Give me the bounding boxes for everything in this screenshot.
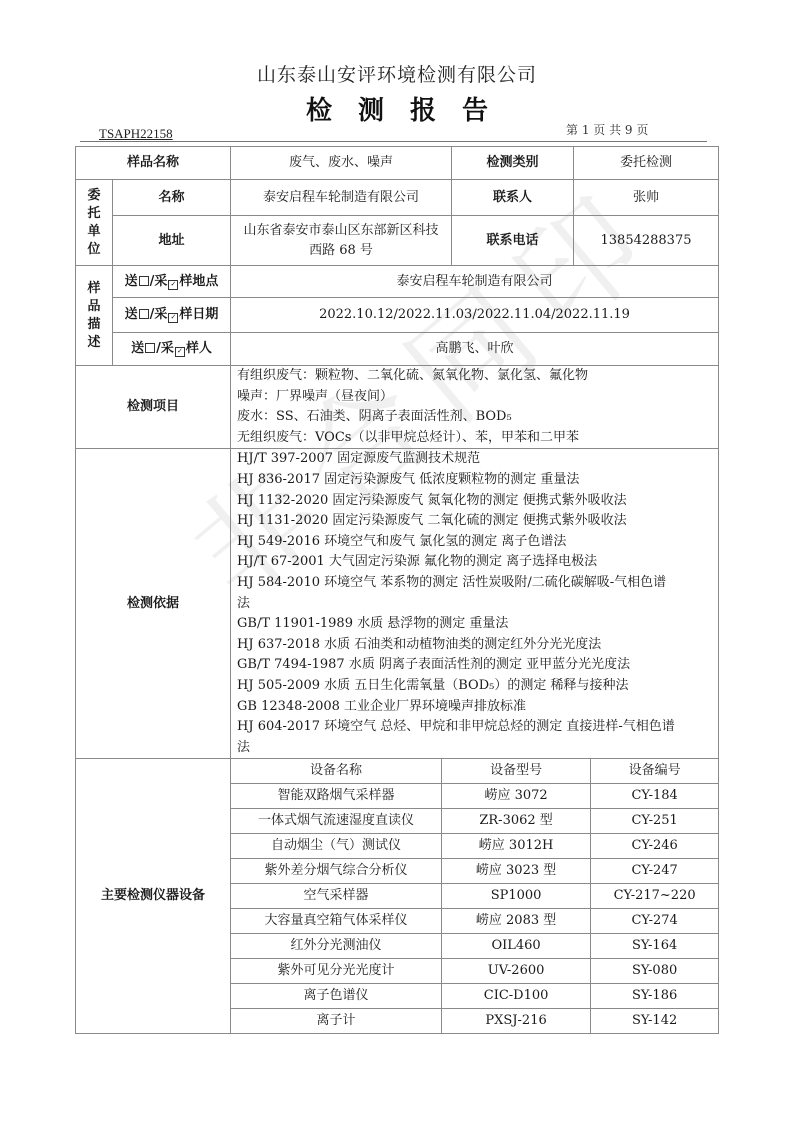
header-rule <box>80 141 707 142</box>
equipment-label: 主要检测仪器设备 <box>76 759 231 1034</box>
standard-line: HJ 637-2018 水质 石油类和动植物油类的测定红外分光光度法 <box>237 635 718 656</box>
sampling-location-value: 泰安启程车轮制造有限公司 <box>231 266 719 298</box>
test-type-label: 检测类别 <box>452 147 574 180</box>
collect-checkbox-checked: ✓ <box>168 280 178 290</box>
row-test-basis: 检测依据 HJ/T 397-2007 固定源废气监测技术规范 HJ 836-20… <box>76 449 719 759</box>
equipment-header-row: 设备名称 设备型号 设备编号 <box>231 759 718 784</box>
standard-line: HJ 836-2017 固定污染源废气 低浓度颗粒物的测定 重量法 <box>237 470 718 491</box>
test-items-label: 检测项目 <box>76 366 231 449</box>
send-checkbox <box>139 309 149 319</box>
report-title: 检测报告 <box>0 90 794 127</box>
row-sampling-location: 样 品 描 述 送/采✓样地点 泰安启程车轮制造有限公司 <box>76 266 719 298</box>
page-info: 第 1 页 共 9 页 <box>566 121 648 138</box>
company-name: 山东泰山安评环境检测有限公司 <box>0 60 794 87</box>
collect-checkbox-checked: ✓ <box>168 313 178 323</box>
equipment-row: 红外分光测油仪OIL460SY-164 <box>231 934 718 959</box>
standard-line: HJ 1131-2020 固定污染源废气 二氧化硫的测定 便携式紫外吸收法 <box>237 511 718 532</box>
equipment-header: 设备名称 <box>231 759 441 784</box>
standard-line: GB/T 7494-1987 水质 阴离子表面活性剂的测定 亚甲蓝分光光度法 <box>237 655 718 676</box>
contact-label: 联系人 <box>452 180 574 216</box>
row-sample-name: 样品名称 废气、废水、噪声 检测类别 委托检测 <box>76 147 719 180</box>
sample-group-label: 样 品 描 述 <box>76 266 113 366</box>
standard-line: HJ/T 67-2001 大气固定污染源 氟化物的测定 离子选择电极法 <box>237 552 718 573</box>
equipment-row: 紫外差分烟气综合分析仪崂应 3023 型CY-247 <box>231 859 718 884</box>
row-client-address: 地址 山东省泰安市泰山区东部新区科技西路 68 号 联系电话 138542883… <box>76 216 719 266</box>
phone-label: 联系电话 <box>452 216 574 266</box>
collect-checkbox-checked: ✓ <box>175 347 185 357</box>
test-item: 无组织废气：VOCs（以非甲烷总烃计）、苯，甲苯和二甲苯 <box>237 428 718 449</box>
equipment-header: 设备编号 <box>591 759 718 784</box>
standard-line: GB/T 11901-1989 水质 悬浮物的测定 重量法 <box>237 614 718 635</box>
equipment-row: 自动烟尘（气）测试仪崂应 3012HCY-246 <box>231 834 718 859</box>
send-checkbox <box>139 276 149 286</box>
equipment-row: 一体式烟气流速湿度直读仪ZR-3062 型CY-251 <box>231 809 718 834</box>
standard-line: HJ/T 397-2007 固定源废气监测技术规范 <box>237 449 718 470</box>
test-item: 有组织废气：颗粒物、二氧化硫、氮氧化物、氯化氢、氟化物 <box>237 366 718 387</box>
row-sampler: 送/采✓样人 高鹏飞、叶欣 <box>76 333 719 366</box>
row-equipment: 主要检测仪器设备 设备名称 设备型号 设备编号 智能双路烟气采样器崂应 3072… <box>76 759 719 1034</box>
standard-line: HJ 604-2017 环境空气 总烃、甲烷和非甲烷总烃的测定 直接进样-气相色… <box>237 717 718 738</box>
standard-line: 法 <box>237 594 718 615</box>
report-number: TSAPH22158 <box>99 126 173 142</box>
row-sampling-date: 送/采✓样日期 2022.10.12/2022.11.03/2022.11.04… <box>76 298 719 333</box>
client-group-label: 委 托 单 位 <box>76 180 113 266</box>
sample-name-label: 样品名称 <box>76 147 231 180</box>
test-basis-label: 检测依据 <box>76 449 231 759</box>
standard-line: HJ 505-2009 水质 五日生化需氧量（BOD₅）的测定 稀释与接种法 <box>237 676 718 697</box>
equipment-table: 设备名称 设备型号 设备编号 智能双路烟气采样器崂应 3072CY-184 一体… <box>231 759 718 1033</box>
standard-line: HJ 1132-2020 固定污染源废气 氮氧化物的测定 便携式紫外吸收法 <box>237 491 718 512</box>
sampling-location-label: 送/采✓样地点 <box>113 266 231 298</box>
equipment-row: 紫外可见分光光度计UV-2600SY-080 <box>231 959 718 984</box>
equipment-row: 智能双路烟气采样器崂应 3072CY-184 <box>231 784 718 809</box>
test-type-value: 委托检测 <box>574 147 719 180</box>
equipment-row: 空气采样器SP1000CY-217~220 <box>231 884 718 909</box>
row-client-name: 委 托 单 位 名称 泰安启程车轮制造有限公司 联系人 张帅 <box>76 180 719 216</box>
equipment-row: 大容量真空箱气体采样仪崂应 2083 型CY-274 <box>231 909 718 934</box>
sampler-label: 送/采✓样人 <box>113 333 231 366</box>
equipment-header: 设备型号 <box>441 759 590 784</box>
address-label: 地址 <box>113 216 231 266</box>
sample-name-value: 废气、废水、噪声 <box>231 147 452 180</box>
sampling-date-label: 送/采✓样日期 <box>113 298 231 333</box>
address-value: 山东省泰安市泰山区东部新区科技西路 68 号 <box>231 216 452 266</box>
phone-value: 13854288375 <box>574 216 719 266</box>
test-item: 废水：SS、石油类、阴离子表面活性剂、BOD₅ <box>237 407 718 428</box>
contact-value: 张帅 <box>574 180 719 216</box>
equipment-cell: 设备名称 设备型号 设备编号 智能双路烟气采样器崂应 3072CY-184 一体… <box>231 759 719 1034</box>
equipment-row: 离子色谱仪CIC-D100SY-186 <box>231 984 718 1009</box>
standard-line: GB 12348-2008 工业企业厂界环境噪声排放标准 <box>237 697 718 718</box>
sampler-value: 高鹏飞、叶欣 <box>231 333 719 366</box>
client-name-label: 名称 <box>113 180 231 216</box>
report-table: 样品名称 废气、废水、噪声 检测类别 委托检测 委 托 单 位 名称 泰安启程车… <box>75 146 719 1034</box>
standard-line: 法 <box>237 738 718 759</box>
test-item: 噪声：厂界噪声（昼夜间） <box>237 387 718 408</box>
standard-line: HJ 584-2010 环境空气 苯系物的测定 活性炭吸附/二硫化碳解吸-气相色… <box>237 573 718 594</box>
send-checkbox <box>145 343 155 353</box>
test-basis-list: HJ/T 397-2007 固定源废气监测技术规范 HJ 836-2017 固定… <box>231 449 719 759</box>
equipment-row: 离子计PXSJ-216SY-142 <box>231 1009 718 1034</box>
client-name-value: 泰安启程车轮制造有限公司 <box>231 180 452 216</box>
standard-line: HJ 549-2016 环境空气和废气 氯化氢的测定 离子色谱法 <box>237 532 718 553</box>
test-items-list: 有组织废气：颗粒物、二氧化硫、氮氧化物、氯化氢、氟化物 噪声：厂界噪声（昼夜间）… <box>231 366 719 449</box>
sampling-date-value: 2022.10.12/2022.11.03/2022.11.04/2022.11… <box>231 298 719 333</box>
row-test-items: 检测项目 有组织废气：颗粒物、二氧化硫、氮氧化物、氯化氢、氟化物 噪声：厂界噪声… <box>76 366 719 449</box>
